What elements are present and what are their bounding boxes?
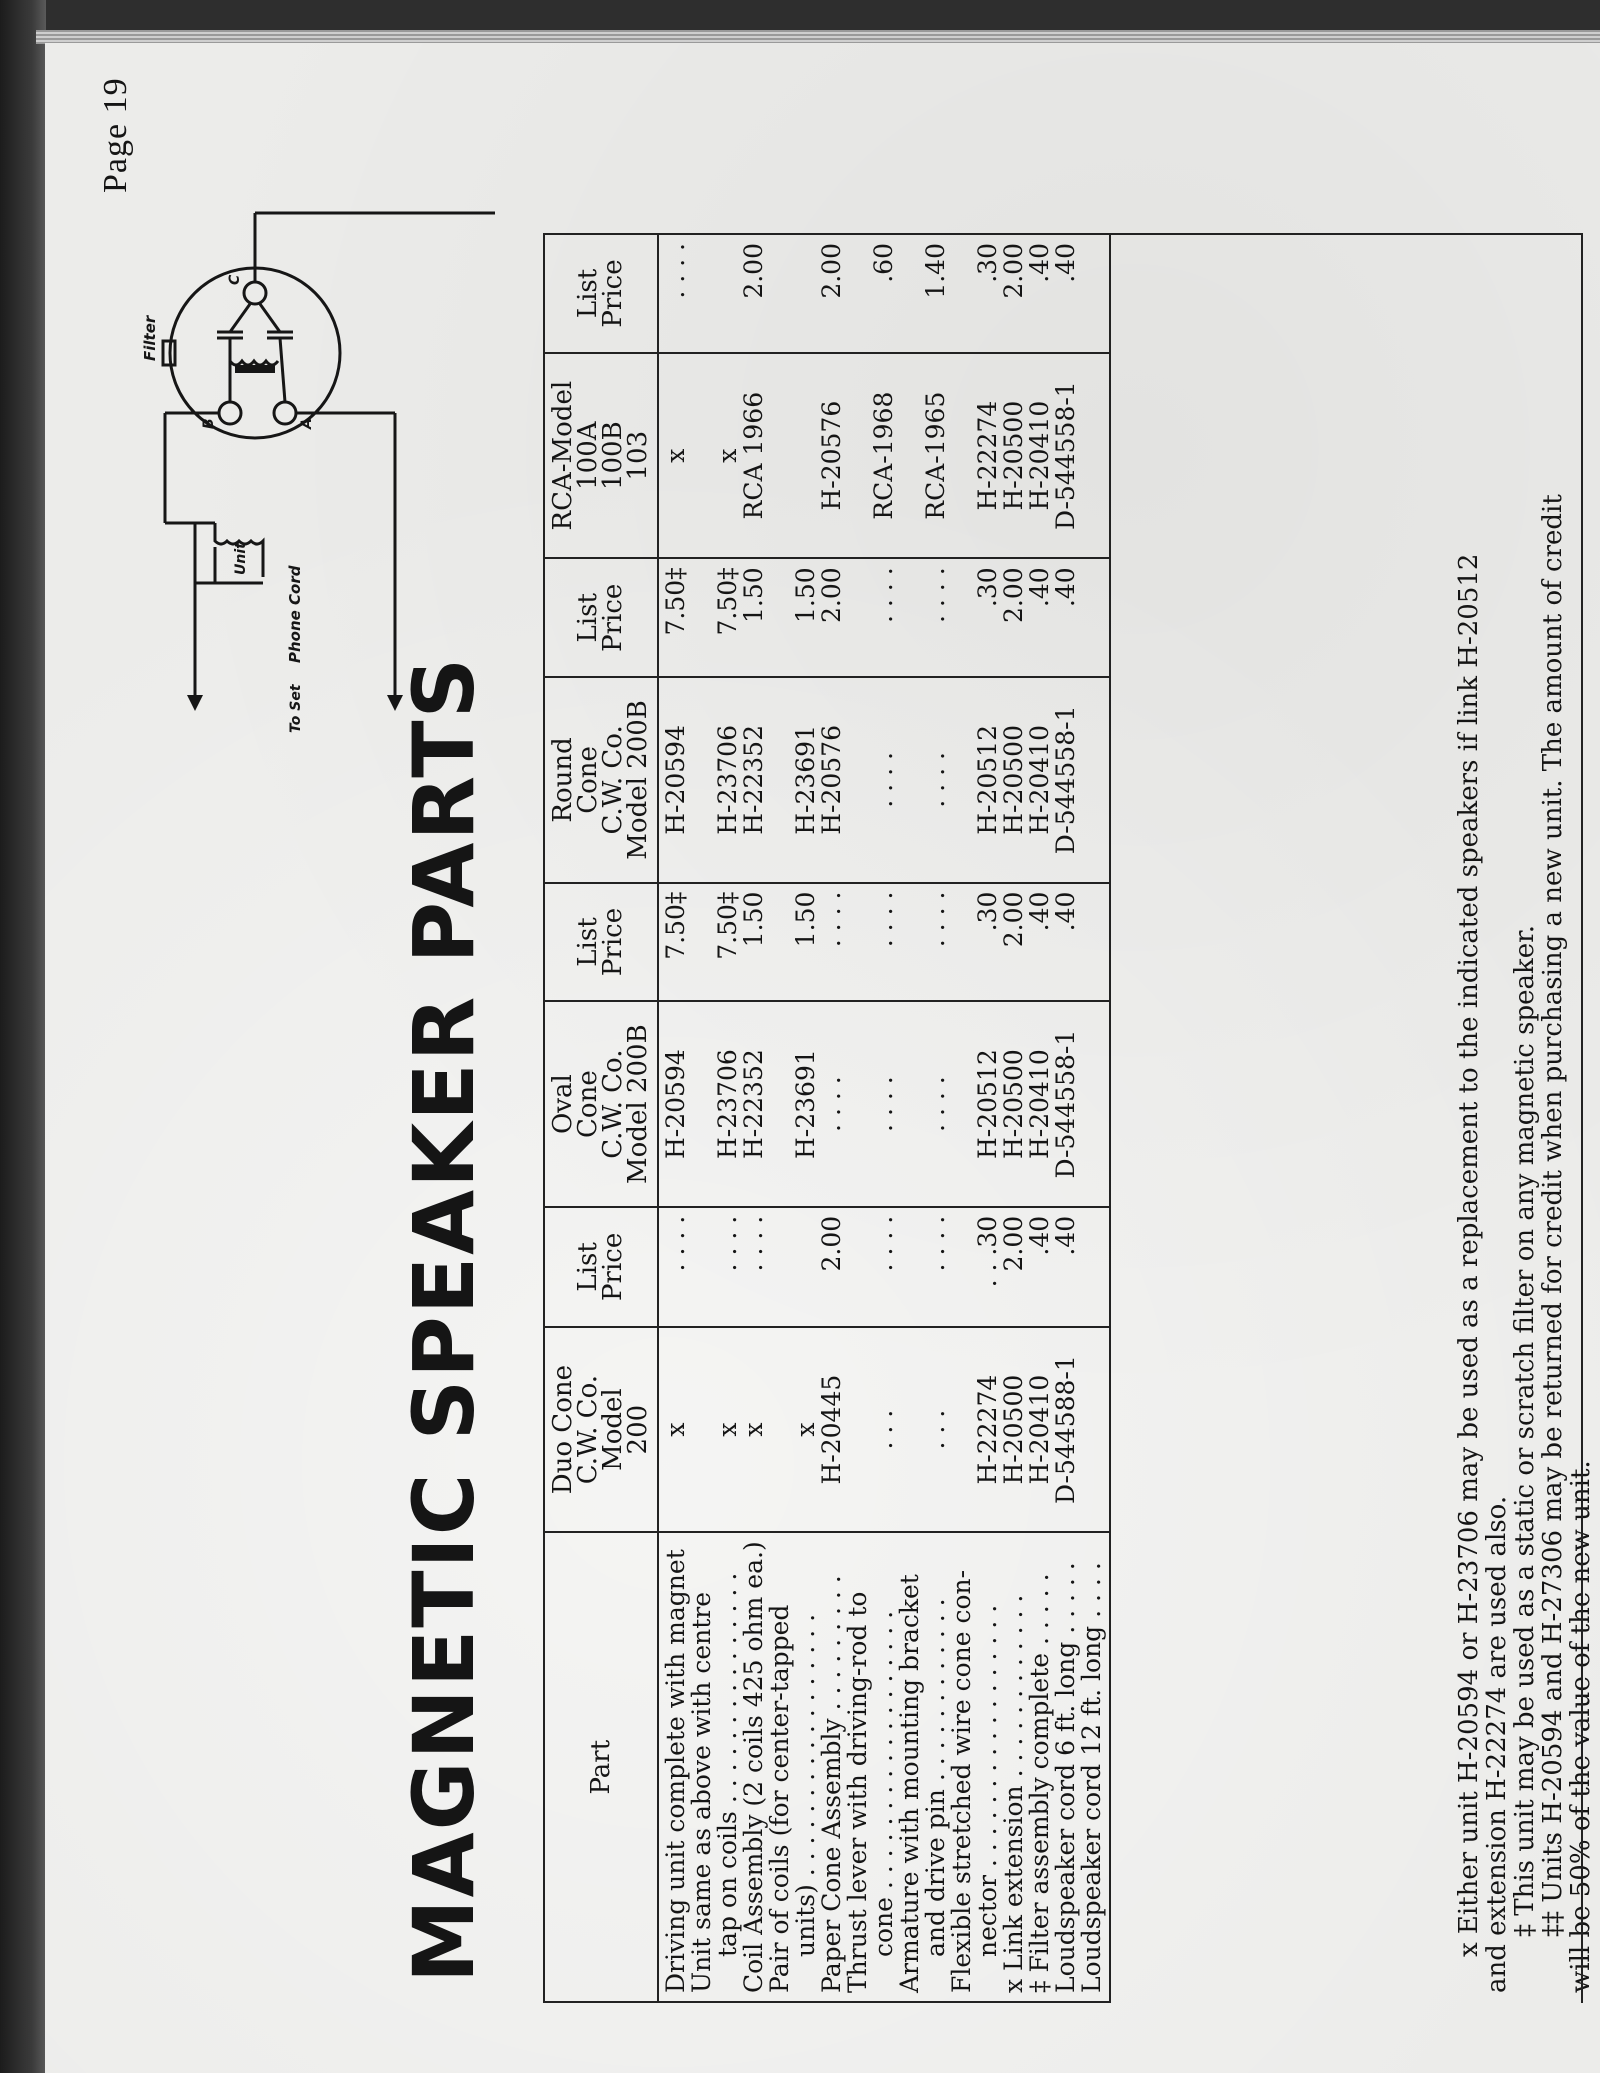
filter-label: Filter xyxy=(141,314,159,361)
table-cell: H-20576 xyxy=(819,686,845,873)
table-cell xyxy=(689,686,715,873)
part-line: Coil Assembly (2 coils 425 ohm ea.) xyxy=(741,1541,767,1993)
table-cell xyxy=(767,243,793,344)
table-cell xyxy=(897,686,923,873)
table-cell: . . . . xyxy=(871,1216,897,1318)
table-cell: H-20512 xyxy=(975,686,1001,873)
table-cell: 1.40 xyxy=(923,243,949,344)
part-line: Driving unit complete with magnet xyxy=(663,1541,689,1993)
table-cell: .30 xyxy=(975,892,1001,993)
table-cell xyxy=(845,892,871,993)
table-cell xyxy=(767,1216,793,1318)
header-list-price: ListPrice xyxy=(544,234,658,353)
page-title: MAGNETIC SPEAKER PARTS xyxy=(395,656,493,1983)
table-cell xyxy=(897,243,923,344)
table-frame-right xyxy=(543,233,1583,235)
duo-price-column: . . . .. . . .. . . .2.00. . . .. . . ..… xyxy=(658,1207,1110,1327)
table-cell: .40 xyxy=(1053,567,1079,668)
table-cell: H-20445 xyxy=(819,1336,845,1523)
table-cell: .30 xyxy=(975,567,1001,668)
table-cell: 2.00 xyxy=(819,243,845,344)
table-cell xyxy=(689,362,715,549)
table-cell: H-23691 xyxy=(793,1010,819,1197)
table-cell: D-544558-1 xyxy=(1053,686,1079,873)
table-cell: RCA 1966 xyxy=(741,362,767,549)
table-cell xyxy=(949,1010,975,1197)
table-cell: . . . . xyxy=(819,1010,845,1197)
page-stack-edges xyxy=(36,30,1600,44)
table-cell: . . . . xyxy=(923,1216,949,1318)
table-cell: . . . . xyxy=(923,686,949,873)
part-line: ‡ Filter assembly complete . . . . . xyxy=(1027,1541,1053,1993)
table-cell: . . . xyxy=(923,1336,949,1523)
table-cell xyxy=(897,892,923,993)
table-cell: 7.50‡ xyxy=(715,892,741,993)
table-cell: . . . . xyxy=(663,1216,689,1318)
table-cell: . . . . xyxy=(715,1216,741,1318)
footnote-x-cont: and extension H-22274 are used also. xyxy=(1483,213,1511,1993)
table-header-row: Part Duo ConeC.W. Co.Model200 ListPrice … xyxy=(544,234,658,2002)
table-cell xyxy=(949,892,975,993)
table-cell xyxy=(715,243,741,344)
round-cone-column: H-20594H-23706H-22352H-23691H-20576. . .… xyxy=(658,677,1110,882)
part-line: Loudspeaker cord 6 ft. long . . . . . xyxy=(1053,1541,1079,1993)
part-line: nector . . . . . . . . . . . . . . . . . xyxy=(975,1541,1001,1993)
part-line: tap on coils . . . . . . . . . . . . . .… xyxy=(715,1541,741,1993)
table-cell: . . . . xyxy=(871,892,897,993)
table-cell: D-544588-1 xyxy=(1053,1336,1079,1523)
table-cell: . . . . xyxy=(819,892,845,993)
table-cell: . . .30 xyxy=(975,1216,1001,1318)
header-part: Part xyxy=(544,1532,658,2002)
footnote-double-dagger: ‡‡ Units H-20594 and H-27306 may be retu… xyxy=(1539,213,1567,1993)
page-number: Page 19 xyxy=(97,77,135,193)
table-cell: H-20594 xyxy=(663,686,689,873)
table-cell: . . . . xyxy=(923,1010,949,1197)
part-line: units) . . . . . . . . . . . . . . . . . xyxy=(793,1541,819,1993)
document-page: Page 19 MAGNETIC SPEAKER PARTS xyxy=(45,43,1600,2073)
table-cell: .40 xyxy=(1027,1216,1053,1318)
part-line: and drive pin . . . . . . . . . . . . xyxy=(923,1541,949,1993)
table-cell: . . . . xyxy=(871,1010,897,1197)
svg-text:B: B xyxy=(201,418,217,429)
table-cell: .30 xyxy=(975,243,1001,344)
to-set-label: To Set xyxy=(288,683,304,733)
header-list-price: ListPrice xyxy=(544,558,658,677)
table-cell: .40 xyxy=(1027,892,1053,993)
footnotes: x Either unit H-20594 or H-23706 may be … xyxy=(1455,213,1595,1993)
table-cell xyxy=(689,243,715,344)
table-cell: 2.00 xyxy=(1001,892,1027,993)
part-line: Flexible stretched wire cone con- xyxy=(949,1541,975,1993)
table-cell: .60 xyxy=(871,243,897,344)
table-cell: 2.00 xyxy=(741,243,767,344)
table-cell: H-23706 xyxy=(715,1010,741,1197)
table-cell xyxy=(767,892,793,993)
table-cell: 2.00 xyxy=(1001,1216,1027,1318)
table-cell xyxy=(767,362,793,549)
table-frame-bottom xyxy=(1581,233,1583,2003)
table-cell xyxy=(845,362,871,549)
wiring-diagram: Filter A B C Unit Phone Cord To Set xyxy=(135,173,515,733)
table-cell xyxy=(897,1216,923,1318)
table-cell xyxy=(845,567,871,668)
table-cell: H-20410 xyxy=(1027,362,1053,549)
table-cell xyxy=(689,1336,715,1523)
part-line: Armature with mounting bracket xyxy=(897,1541,923,1993)
table-cell: H-20410 xyxy=(1027,686,1053,873)
header-round-cone: RoundConeC.W. Co.Model 200B xyxy=(544,677,658,882)
table-cell: x xyxy=(663,362,689,549)
table-cell xyxy=(793,1216,819,1318)
table-cell: . . . . xyxy=(741,1216,767,1318)
part-line: cone . . . . . . . . . . . . . . . . . . xyxy=(871,1541,897,1993)
part-column: Driving unit complete with magnetUnit sa… xyxy=(658,1532,1110,2002)
table-cell xyxy=(949,362,975,549)
table-cell xyxy=(767,1336,793,1523)
table-cell: x xyxy=(663,1336,689,1523)
table-cell: . . . . xyxy=(871,686,897,873)
table-cell xyxy=(949,1336,975,1523)
table-cell xyxy=(689,892,715,993)
table-cell: H-20500 xyxy=(1001,1010,1027,1197)
table-cell: 2.00 xyxy=(819,567,845,668)
table-cell: .40 xyxy=(1053,892,1079,993)
unit-label: Unit xyxy=(233,541,249,575)
round-price-column: 7.50‡7.50‡1.501.502.00. . . .. . . ..302… xyxy=(658,558,1110,677)
table-cell xyxy=(793,362,819,549)
table-cell: 7.50‡ xyxy=(663,567,689,668)
footnote-dagger: ‡ This unit may be used as a static or s… xyxy=(1511,213,1539,1993)
rca-model-column: xxRCA 1966H-20576RCA-1968RCA-1965H-22274… xyxy=(658,353,1110,558)
table-cell xyxy=(897,567,923,668)
part-line: Thrust lever with driving-rod to xyxy=(845,1541,871,1993)
table-cell: H-20410 xyxy=(1027,1010,1053,1197)
table-cell: H-20500 xyxy=(1001,362,1027,549)
table-cell: 1.50 xyxy=(793,892,819,993)
table-cell: x xyxy=(793,1336,819,1523)
table-cell: x xyxy=(715,362,741,549)
table-cell: H-22274 xyxy=(975,1336,1001,1523)
table-cell: .40 xyxy=(1053,1216,1079,1318)
table-cell: . . . . xyxy=(923,892,949,993)
table-cell xyxy=(949,567,975,668)
table-cell: D-544558-1 xyxy=(1053,362,1079,549)
table-cell: x xyxy=(715,1336,741,1523)
table-cell xyxy=(949,686,975,873)
table-cell: x xyxy=(741,1336,767,1523)
table-cell: RCA-1965 xyxy=(923,362,949,549)
table-cell: H-20500 xyxy=(1001,1336,1027,1523)
rca-price-column: . . . .2.002.00.601.40.302.00.40.40 xyxy=(658,234,1110,353)
table-cell: . . . . xyxy=(663,243,689,344)
table-cell: H-22352 xyxy=(741,1010,767,1197)
header-rca-model: RCA-Model100A100B103 xyxy=(544,353,658,558)
part-line: x Link extension . . . . . . . . . . . . xyxy=(1001,1541,1027,1993)
part-line: Loudspeaker cord 12 ft. long . . . . xyxy=(1079,1541,1105,1993)
table-cell: H-22274 xyxy=(975,362,1001,549)
table-cell: H-20594 xyxy=(663,1010,689,1197)
table-body-row: Driving unit complete with magnetUnit sa… xyxy=(658,234,1110,2002)
table-cell: 7.50‡ xyxy=(715,567,741,668)
table-cell xyxy=(689,1010,715,1197)
table-cell xyxy=(897,362,923,549)
oval-price-column: 7.50‡7.50‡1.501.50. . . .. . . .. . . ..… xyxy=(658,883,1110,1002)
table-cell xyxy=(767,686,793,873)
table-cell: . . . . xyxy=(923,567,949,668)
table-cell xyxy=(897,1010,923,1197)
table-cell: .40 xyxy=(1053,243,1079,344)
table-cell: 1.50 xyxy=(793,567,819,668)
table-cell xyxy=(845,1336,871,1523)
table-cell xyxy=(897,1336,923,1523)
table-cell xyxy=(793,243,819,344)
table-cell: .40 xyxy=(1027,567,1053,668)
table-cell: H-20512 xyxy=(975,1010,1001,1197)
parts-table: Part Duo ConeC.W. Co.Model200 ListPrice … xyxy=(543,233,1111,2003)
table-cell: 2.00 xyxy=(1001,567,1027,668)
part-line: Paper Cone Assembly . . . . . . . . . xyxy=(819,1541,845,1993)
header-oval-cone: OvalConeC.W. Co.Model 200B xyxy=(544,1001,658,1206)
table-cell: 1.50 xyxy=(741,892,767,993)
oval-cone-column: H-20594H-23706H-22352H-23691. . . .. . .… xyxy=(658,1001,1110,1206)
table-cell: . . . xyxy=(871,1336,897,1523)
table-cell xyxy=(689,1216,715,1318)
footnote-x: x Either unit H-20594 or H-23706 may be … xyxy=(1455,213,1483,1993)
table-cell: .40 xyxy=(1027,243,1053,344)
table-cell xyxy=(949,243,975,344)
table-cell: H-23706 xyxy=(715,686,741,873)
table-cell xyxy=(949,1216,975,1318)
table-cell: 7.50‡ xyxy=(663,892,689,993)
table-cell xyxy=(845,1010,871,1197)
svg-text:C: C xyxy=(227,274,243,285)
table-cell: 2.00 xyxy=(819,1216,845,1318)
duo-cone-column: xxxxH-20445. . .. . .H-22274H-20500H-204… xyxy=(658,1327,1110,1532)
table-cell: H-23691 xyxy=(793,686,819,873)
table-cell: . . . . xyxy=(871,567,897,668)
header-list-price: ListPrice xyxy=(544,1207,658,1327)
table-cell: H-22352 xyxy=(741,686,767,873)
book-binding-edge xyxy=(0,0,46,2073)
table-cell: 1.50 xyxy=(741,567,767,668)
part-line: Pair of coils (for center-tapped xyxy=(767,1541,793,1993)
header-duo-cone: Duo ConeC.W. Co.Model200 xyxy=(544,1327,658,1532)
table-cell: H-20410 xyxy=(1027,1336,1053,1523)
svg-text:A: A xyxy=(299,418,315,430)
table-cell: D-544558-1 xyxy=(1053,1010,1079,1197)
table-cell xyxy=(767,1010,793,1197)
table-cell xyxy=(689,567,715,668)
table-cell: RCA-1968 xyxy=(871,362,897,549)
table-cell xyxy=(845,686,871,873)
header-list-price: ListPrice xyxy=(544,883,658,1002)
part-line: Unit same as above with centre xyxy=(689,1541,715,1993)
phone-cord-label: Phone Cord xyxy=(286,565,304,663)
table-cell xyxy=(845,1216,871,1318)
table-cell: H-20500 xyxy=(1001,686,1027,873)
table-cell xyxy=(767,567,793,668)
table-cell: 2.00 xyxy=(1001,243,1027,344)
table-cell xyxy=(845,243,871,344)
table-cell: H-20576 xyxy=(819,362,845,549)
